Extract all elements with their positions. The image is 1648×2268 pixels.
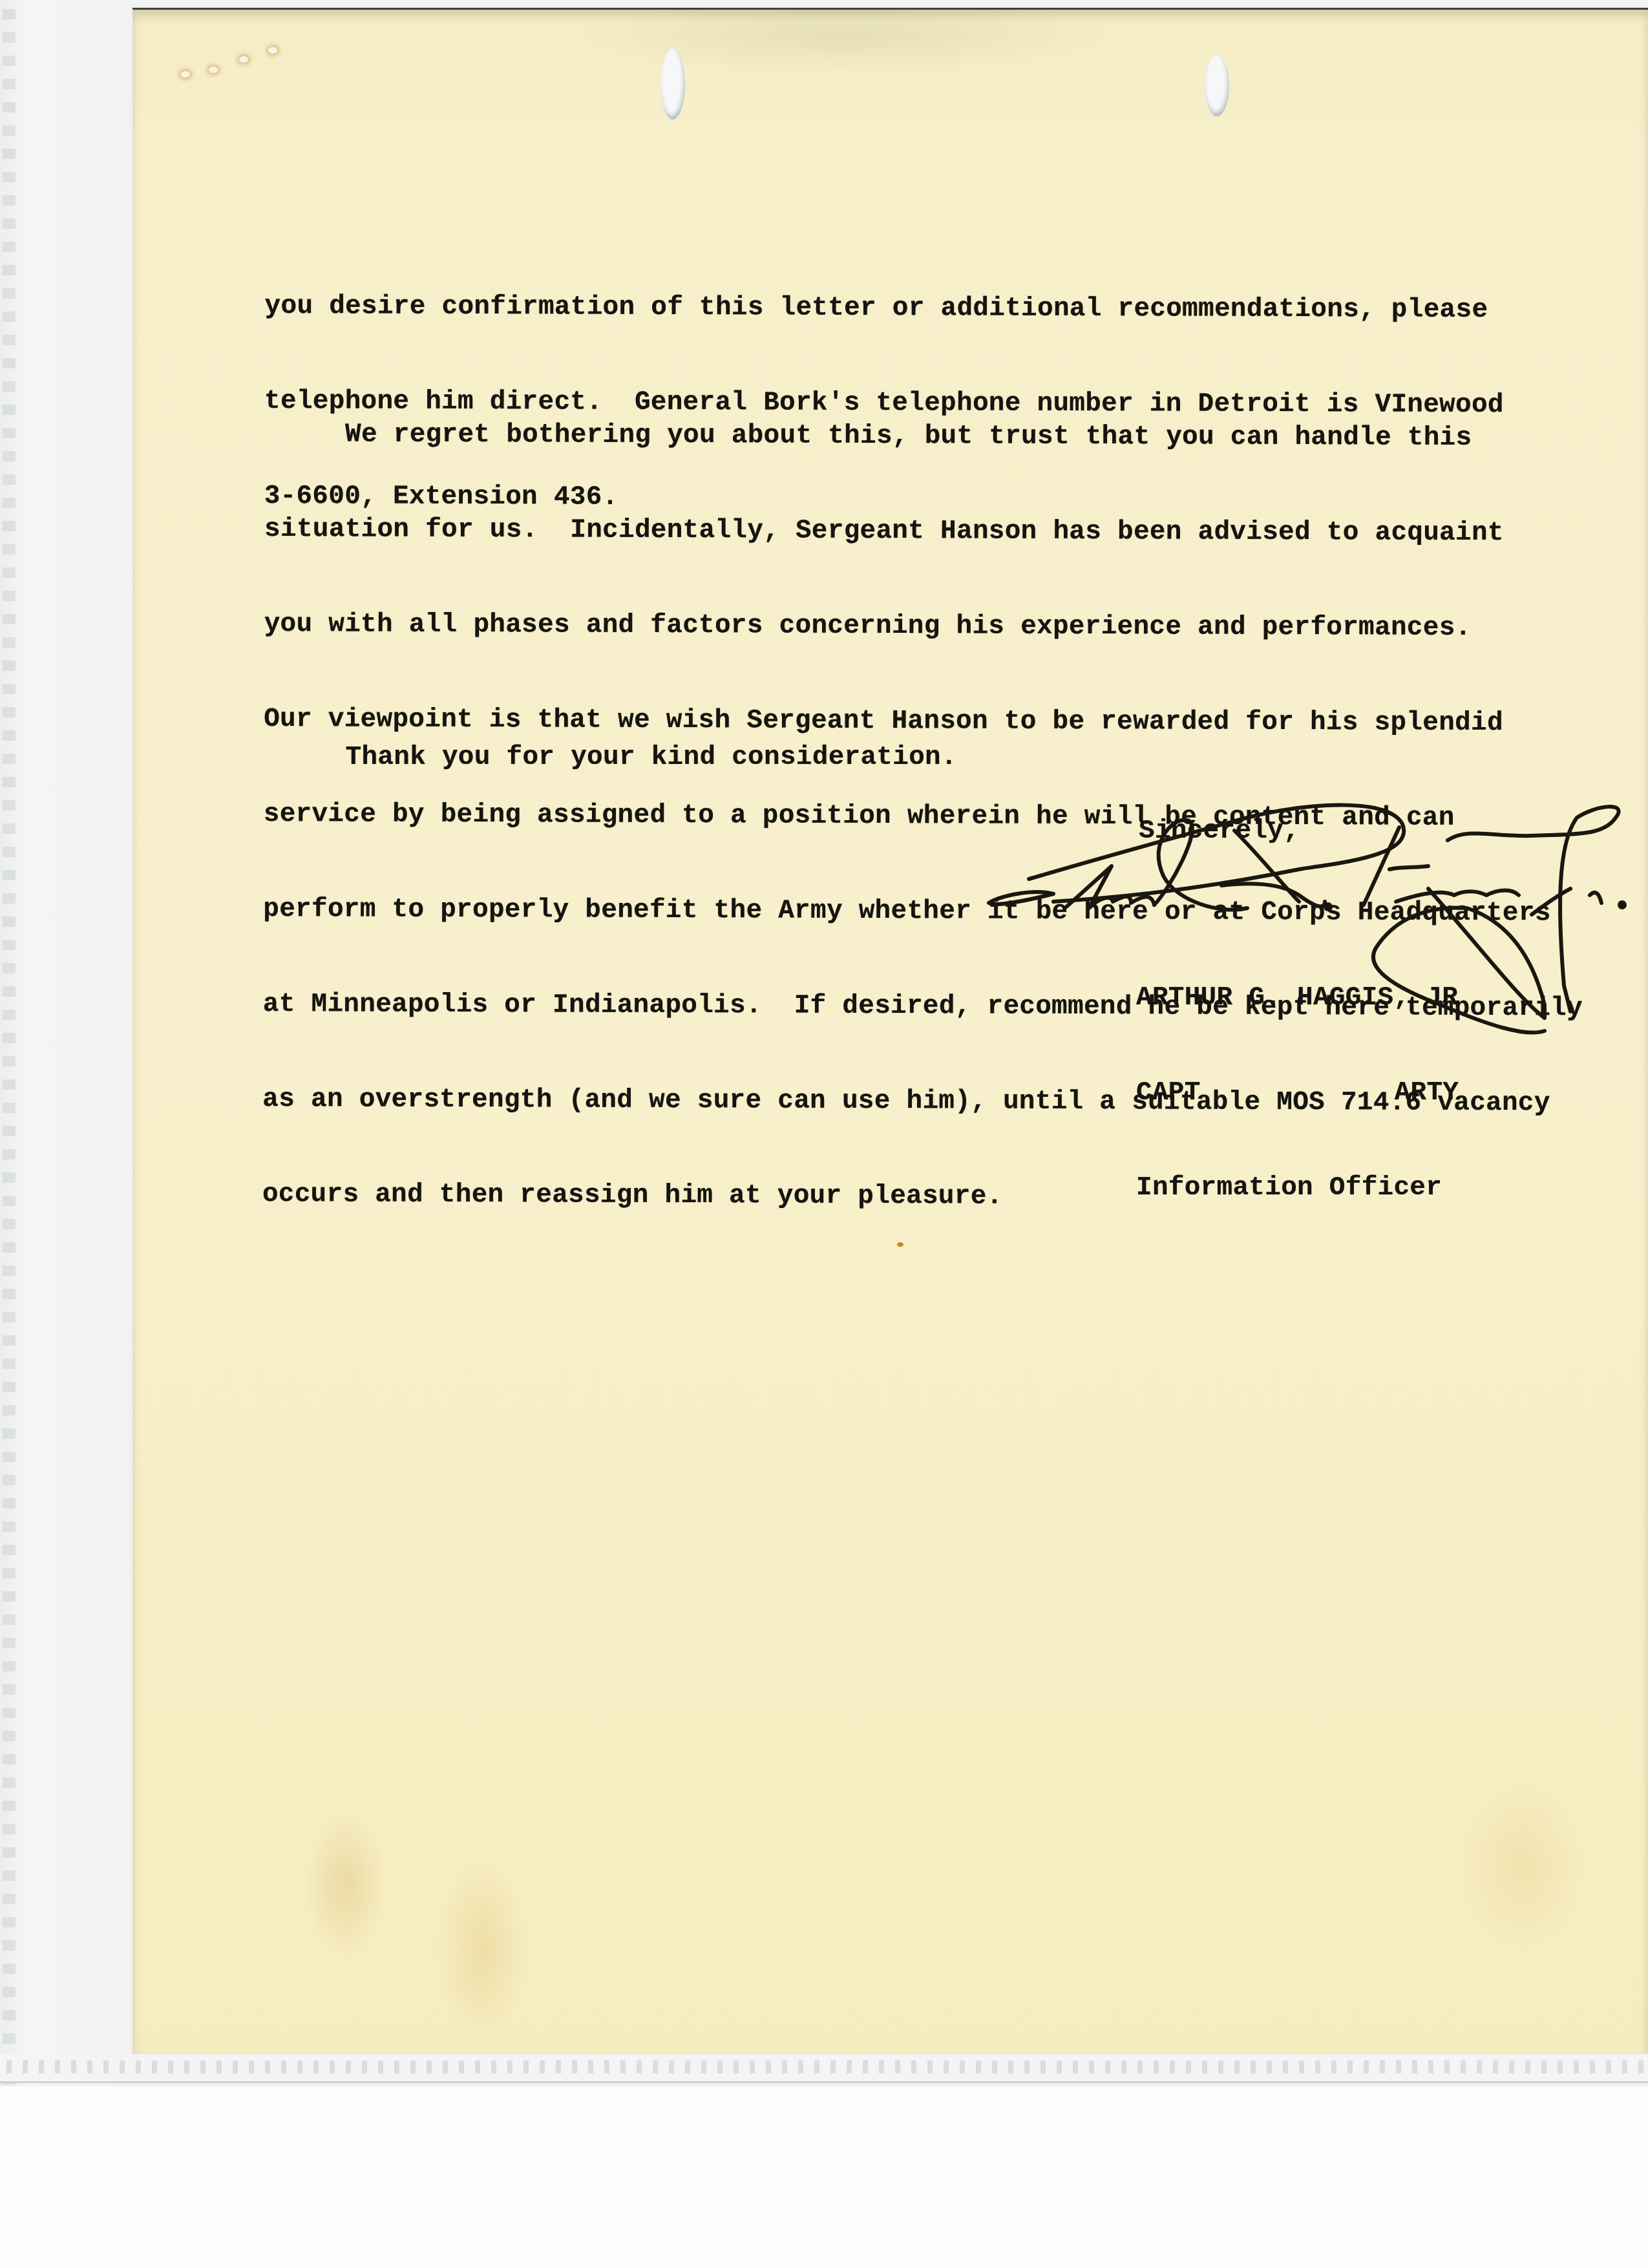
staple-hole xyxy=(268,47,277,54)
paragraph-2-line: situation for us. Incidentally, Sergeant… xyxy=(264,514,1584,549)
signer-rank-row: CAPTARTY xyxy=(1136,1077,1459,1109)
signer-title: Information Officer xyxy=(1136,1172,1459,1204)
signature-block: ARTHUR G. HAGGIS, JR CAPTARTY Informatio… xyxy=(1136,919,1459,1236)
signer-name: ARTHUR G. HAGGIS, JR xyxy=(1136,982,1459,1014)
paragraph-1-line: you desire confirmation of this letter o… xyxy=(265,291,1505,326)
sleeve-perforation-bottom xyxy=(0,2054,1648,2083)
closing-line-text: Thank you for your kind consideration. xyxy=(265,742,957,774)
signer-rank: CAPT xyxy=(1136,1078,1201,1108)
staple-hole xyxy=(239,56,248,63)
staple-hole xyxy=(181,71,190,78)
closing-line: Thank you for your kind consideration. xyxy=(265,679,957,805)
valediction-text: Sincerely, xyxy=(1139,816,1300,847)
punch-hole xyxy=(660,48,685,120)
valediction: Sincerely, xyxy=(1139,752,1300,879)
sleeve-perforation-left xyxy=(3,0,16,2084)
paragraph-2-line: you with all phases and factors concerni… xyxy=(264,609,1584,644)
paragraph-2-line: We regret bothering you about this, but … xyxy=(265,419,1585,454)
punch-hole xyxy=(1205,55,1229,116)
staple-hole xyxy=(209,67,218,73)
signer-branch: ARTY xyxy=(1395,1078,1459,1108)
